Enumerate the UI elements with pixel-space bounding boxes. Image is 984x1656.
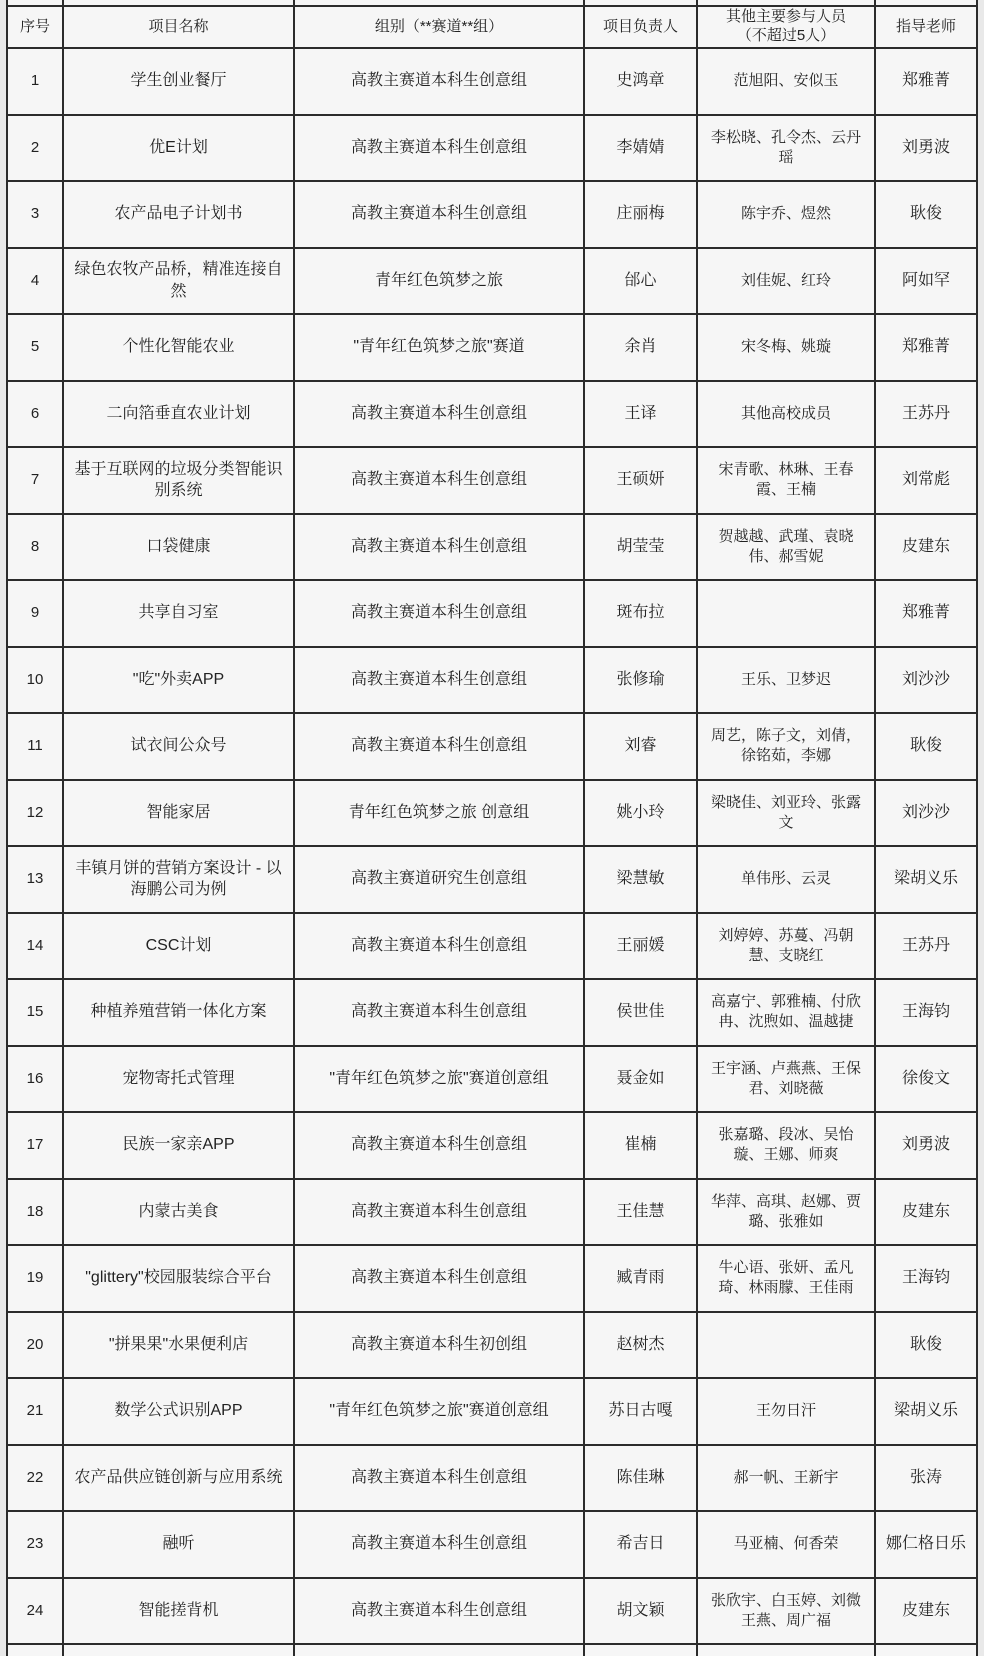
- cell-group: 高教主赛道本科生创意组: [295, 448, 585, 515]
- cell-group: "青年红色筑梦之旅"赛道: [295, 315, 585, 382]
- cell-teacher: 皮建东: [876, 1180, 978, 1247]
- cell-members: 张欣宇、白玉婷、刘微 王燕、周广福: [698, 1579, 876, 1646]
- cell-teacher: 梁胡义乐: [876, 847, 978, 914]
- cell-members: 单伟彤、云灵: [698, 847, 876, 914]
- cell-no: 10: [6, 648, 64, 715]
- table-row: 18 内蒙古美食 高教主赛道本科生创意组 王佳慧 华萍、高琪、赵娜、贾璐、张雅如…: [6, 1180, 978, 1247]
- table-row: 22 农产品供应链创新与应用系统 高教主赛道本科生创意组 陈佳琳 郝一帆、王新宇…: [6, 1446, 978, 1513]
- cell-teacher: 刘沙沙: [876, 648, 978, 715]
- cell-leader: 史鸿章: [585, 49, 698, 116]
- table-row: 2 优E计划 高教主赛道本科生创意组 李婧婧 李松晓、孔令杰、云丹瑶 刘勇波: [6, 116, 978, 183]
- cell-no: 3: [6, 182, 64, 249]
- cell-project-name: 丰镇月饼的营销方案设计 - 以海鹏公司为例: [64, 847, 295, 914]
- cell-members: 张嘉璐、段冰、吴怡璇、王娜、师爽: [698, 1113, 876, 1180]
- table-body: 1 学生创业餐厅 高教主赛道本科生创意组 史鸿章 范旭阳、安似玉 郑雅菁 2 优…: [6, 49, 978, 1645]
- table-row: 9 共享自习室 高教主赛道本科生创意组 斑布拉 郑雅菁: [6, 581, 978, 648]
- cell-teacher: 娜仁格日乐: [876, 1512, 978, 1579]
- cell-group: 高教主赛道本科生创意组: [295, 581, 585, 648]
- cell-teacher: 王苏丹: [876, 914, 978, 981]
- header-teacher: 指导老师: [876, 7, 978, 49]
- cell-leader: 王译: [585, 382, 698, 449]
- cell-leader: 庄丽梅: [585, 182, 698, 249]
- cell-members: 高嘉宁、郭雅楠、付欣冉、沈煦如、温越捷: [698, 980, 876, 1047]
- table-row: 16 宠物寄托式管理 "青年红色筑梦之旅"赛道创意组 聂金如 王宇涵、卢燕燕、王…: [6, 1047, 978, 1114]
- header-no: 序号: [6, 7, 64, 49]
- sliver-cell: [585, 0, 698, 5]
- cell-members: [698, 581, 876, 648]
- cell-group: 高教主赛道本科生创意组: [295, 1579, 585, 1646]
- cell-members: [698, 1313, 876, 1380]
- cell-no: 15: [6, 980, 64, 1047]
- cell-leader: 王丽媛: [585, 914, 698, 981]
- cell-members: 范旭阳、安似玉: [698, 49, 876, 116]
- cell-no: 8: [6, 515, 64, 582]
- cell-leader: 李婧婧: [585, 116, 698, 183]
- table-row: 7 基于互联网的垃圾分类智能识别系统 高教主赛道本科生创意组 王硕妍 宋青歌、林…: [6, 448, 978, 515]
- cell-group: 高教主赛道本科生初创组: [295, 1313, 585, 1380]
- cell-teacher: 郑雅菁: [876, 581, 978, 648]
- cell-group: 高教主赛道本科生创意组: [295, 49, 585, 116]
- table-row: 14 CSC计划 高教主赛道本科生创意组 王丽媛 刘婷婷、苏蔓、冯朝慧、支晓红 …: [6, 914, 978, 981]
- cell-project-name: 二向箔垂直农业计划: [64, 382, 295, 449]
- cell-leader: 聂金如: [585, 1047, 698, 1114]
- cell-teacher: 郑雅菁: [876, 49, 978, 116]
- cell-teacher: 梁胡义乐: [876, 1379, 978, 1446]
- cell-leader: 邰心: [585, 249, 698, 316]
- cell-members: 华萍、高琪、赵娜、贾璐、张雅如: [698, 1180, 876, 1247]
- sliver-cell: [64, 1645, 295, 1656]
- cell-group: 高教主赛道本科生创意组: [295, 914, 585, 981]
- sliver-cell: [876, 1645, 978, 1656]
- cell-leader: 王佳慧: [585, 1180, 698, 1247]
- cell-project-name: 农产品供应链创新与应用系统: [64, 1446, 295, 1513]
- table-row: 21 数学公式识别APP "青年红色筑梦之旅"赛道创意组 苏日古嘎 王勿日汗 梁…: [6, 1379, 978, 1446]
- cell-group: 青年红色筑梦之旅 创意组: [295, 781, 585, 848]
- cell-group: 高教主赛道研究生创意组: [295, 847, 585, 914]
- cell-no: 24: [6, 1579, 64, 1646]
- cell-members: 王乐、卫梦迟: [698, 648, 876, 715]
- cell-no: 9: [6, 581, 64, 648]
- cell-teacher: 郑雅菁: [876, 315, 978, 382]
- cell-no: 4: [6, 249, 64, 316]
- cell-no: 5: [6, 315, 64, 382]
- cell-project-name: "拼果果"水果便利店: [64, 1313, 295, 1380]
- projects-table: 序号 项目名称 组别（**赛道**组） 项目负责人 其他主要参与人员 （不超过5…: [6, 0, 978, 1656]
- cell-members: 王宇涵、卢燕燕、王保君、刘晓薇: [698, 1047, 876, 1114]
- cell-no: 14: [6, 914, 64, 981]
- cell-members: 贺越越、武瑾、袁晓伟、郝雪妮: [698, 515, 876, 582]
- cell-members: 李松晓、孔令杰、云丹瑶: [698, 116, 876, 183]
- sliver-cell: [876, 0, 978, 5]
- sliver-cell: [698, 1645, 876, 1656]
- cell-group: 高教主赛道本科生创意组: [295, 1446, 585, 1513]
- cell-no: 22: [6, 1446, 64, 1513]
- cell-project-name: 个性化智能农业: [64, 315, 295, 382]
- cell-project-name: 种植养殖营销一体化方案: [64, 980, 295, 1047]
- cell-project-name: 优E计划: [64, 116, 295, 183]
- sliver-cell: [585, 1645, 698, 1656]
- table-row: 8 口袋健康 高教主赛道本科生创意组 胡莹莹 贺越越、武瑾、袁晓伟、郝雪妮 皮建…: [6, 515, 978, 582]
- cell-group: 高教主赛道本科生创意组: [295, 1180, 585, 1247]
- cell-project-name: 口袋健康: [64, 515, 295, 582]
- cell-leader: 苏日古嘎: [585, 1379, 698, 1446]
- cell-project-name: "glittery"校园服装综合平台: [64, 1246, 295, 1313]
- cell-project-name: 内蒙古美食: [64, 1180, 295, 1247]
- cell-leader: 姚小玲: [585, 781, 698, 848]
- table-row: 20 "拼果果"水果便利店 高教主赛道本科生初创组 赵树杰 耿俊: [6, 1313, 978, 1380]
- cell-project-name: 试衣间公众号: [64, 714, 295, 781]
- cell-leader: 王硕妍: [585, 448, 698, 515]
- table-row: 23 融听 高教主赛道本科生创意组 希吉日 马亚楠、何香荣 娜仁格日乐: [6, 1512, 978, 1579]
- table-row: 1 学生创业餐厅 高教主赛道本科生创意组 史鸿章 范旭阳、安似玉 郑雅菁: [6, 49, 978, 116]
- cell-group: "青年红色筑梦之旅"赛道创意组: [295, 1047, 585, 1114]
- cropped-row-top: [6, 0, 978, 5]
- table-row: 12 智能家居 青年红色筑梦之旅 创意组 姚小玲 梁晓佳、刘亚玲、张露文 刘沙沙: [6, 781, 978, 848]
- cell-group: 高教主赛道本科生创意组: [295, 182, 585, 249]
- cell-teacher: 王苏丹: [876, 382, 978, 449]
- cell-project-name: CSC计划: [64, 914, 295, 981]
- cell-leader: 余肖: [585, 315, 698, 382]
- cell-members: 梁晓佳、刘亚玲、张露文: [698, 781, 876, 848]
- sliver-cell: [6, 1645, 64, 1656]
- cell-teacher: 徐俊文: [876, 1047, 978, 1114]
- cell-teacher: 刘勇波: [876, 1113, 978, 1180]
- cell-project-name: 融听: [64, 1512, 295, 1579]
- table-row: 5 个性化智能农业 "青年红色筑梦之旅"赛道 余肖 宋冬梅、姚璇 郑雅菁: [6, 315, 978, 382]
- cell-group: 高教主赛道本科生创意组: [295, 1113, 585, 1180]
- cell-teacher: 阿如罕: [876, 249, 978, 316]
- cell-project-name: 宠物寄托式管理: [64, 1047, 295, 1114]
- cell-leader: 刘睿: [585, 714, 698, 781]
- cell-no: 2: [6, 116, 64, 183]
- cell-project-name: 绿色农牧产品桥，精准连接自然: [64, 249, 295, 316]
- cell-no: 23: [6, 1512, 64, 1579]
- cell-project-name: 学生创业餐厅: [64, 49, 295, 116]
- cell-teacher: 耿俊: [876, 714, 978, 781]
- cell-teacher: 耿俊: [876, 1313, 978, 1380]
- cell-teacher: 王海钧: [876, 980, 978, 1047]
- cell-members: 牛心语、张妍、孟凡琦、林雨朦、王佳雨: [698, 1246, 876, 1313]
- cell-project-name: 智能家居: [64, 781, 295, 848]
- cell-group: 高教主赛道本科生创意组: [295, 1246, 585, 1313]
- cell-teacher: 王海钧: [876, 1246, 978, 1313]
- header-leader: 项目负责人: [585, 7, 698, 49]
- cell-leader: 赵树杰: [585, 1313, 698, 1380]
- cell-teacher: 刘沙沙: [876, 781, 978, 848]
- table-row: 11 试衣间公众号 高教主赛道本科生创意组 刘睿 周艺，陈子文，刘倩，徐铭茹，李…: [6, 714, 978, 781]
- cell-no: 7: [6, 448, 64, 515]
- page: 序号 项目名称 组别（**赛道**组） 项目负责人 其他主要参与人员 （不超过5…: [0, 0, 984, 1656]
- header-project-name: 项目名称: [64, 7, 295, 49]
- cell-leader: 侯世佳: [585, 980, 698, 1047]
- cell-no: 12: [6, 781, 64, 848]
- cell-group: 高教主赛道本科生创意组: [295, 980, 585, 1047]
- cell-leader: 胡文颖: [585, 1579, 698, 1646]
- cell-leader: 陈佳琳: [585, 1446, 698, 1513]
- cell-no: 20: [6, 1313, 64, 1380]
- cell-members: 陈宇乔、煜然: [698, 182, 876, 249]
- cell-group: 高教主赛道本科生创意组: [295, 116, 585, 183]
- cell-leader: 胡莹莹: [585, 515, 698, 582]
- header-row: 序号 项目名称 组别（**赛道**组） 项目负责人 其他主要参与人员 （不超过5…: [6, 5, 978, 49]
- cell-members: 郝一帆、王新宇: [698, 1446, 876, 1513]
- cell-leader: 崔楠: [585, 1113, 698, 1180]
- table-row: 3 农产品电子计划书 高教主赛道本科生创意组 庄丽梅 陈宇乔、煜然 耿俊: [6, 182, 978, 249]
- cell-no: 6: [6, 382, 64, 449]
- table-row: 19 "glittery"校园服装综合平台 高教主赛道本科生创意组 臧青雨 牛心…: [6, 1246, 978, 1313]
- cell-project-name: 共享自习室: [64, 581, 295, 648]
- cell-group: 高教主赛道本科生创意组: [295, 648, 585, 715]
- table-row: 10 "吃"外卖APP 高教主赛道本科生创意组 张修瑜 王乐、卫梦迟 刘沙沙: [6, 648, 978, 715]
- sliver-cell: [698, 0, 876, 5]
- cell-no: 19: [6, 1246, 64, 1313]
- table-row: 17 民族一家亲APP 高教主赛道本科生创意组 崔楠 张嘉璐、段冰、吴怡璇、王娜…: [6, 1113, 978, 1180]
- cell-project-name: 基于互联网的垃圾分类智能识别系统: [64, 448, 295, 515]
- cell-group: 高教主赛道本科生创意组: [295, 1512, 585, 1579]
- sliver-cell: [64, 0, 295, 5]
- sliver-cell: [295, 0, 585, 5]
- cell-project-name: 数学公式识别APP: [64, 1379, 295, 1446]
- cell-group: 青年红色筑梦之旅: [295, 249, 585, 316]
- sliver-cell: [6, 0, 64, 5]
- cell-project-name: 智能搓背机: [64, 1579, 295, 1646]
- table-row: 4 绿色农牧产品桥，精准连接自然 青年红色筑梦之旅 邰心 刘佳妮、红玲 阿如罕: [6, 249, 978, 316]
- cell-members: 王勿日汗: [698, 1379, 876, 1446]
- cell-leader: 臧青雨: [585, 1246, 698, 1313]
- cell-leader: 斑布拉: [585, 581, 698, 648]
- cell-no: 18: [6, 1180, 64, 1247]
- cell-members: 刘佳妮、红玲: [698, 249, 876, 316]
- table-row: 24 智能搓背机 高教主赛道本科生创意组 胡文颖 张欣宇、白玉婷、刘微 王燕、周…: [6, 1579, 978, 1646]
- cell-no: 11: [6, 714, 64, 781]
- table-row: 6 二向箔垂直农业计划 高教主赛道本科生创意组 王译 其他高校成员 王苏丹: [6, 382, 978, 449]
- cell-teacher: 刘勇波: [876, 116, 978, 183]
- cell-teacher: 刘常彪: [876, 448, 978, 515]
- cell-no: 16: [6, 1047, 64, 1114]
- cell-teacher: 皮建东: [876, 1579, 978, 1646]
- cell-teacher: 皮建东: [876, 515, 978, 582]
- sliver-cell: [295, 1645, 585, 1656]
- cell-project-name: "吃"外卖APP: [64, 648, 295, 715]
- table-row: 13 丰镇月饼的营销方案设计 - 以海鹏公司为例 高教主赛道研究生创意组 梁慧敏…: [6, 847, 978, 914]
- header-members: 其他主要参与人员 （不超过5人）: [698, 7, 876, 49]
- header-group: 组别（**赛道**组）: [295, 7, 585, 49]
- cell-project-name: 民族一家亲APP: [64, 1113, 295, 1180]
- cell-teacher: 张涛: [876, 1446, 978, 1513]
- cell-no: 21: [6, 1379, 64, 1446]
- cell-teacher: 耿俊: [876, 182, 978, 249]
- cell-leader: 张修瑜: [585, 648, 698, 715]
- cropped-row-bottom: [6, 1645, 978, 1656]
- cell-group: 高教主赛道本科生创意组: [295, 714, 585, 781]
- cell-no: 17: [6, 1113, 64, 1180]
- cell-project-name: 农产品电子计划书: [64, 182, 295, 249]
- cell-no: 13: [6, 847, 64, 914]
- cell-group: "青年红色筑梦之旅"赛道创意组: [295, 1379, 585, 1446]
- cell-group: 高教主赛道本科生创意组: [295, 382, 585, 449]
- cell-group: 高教主赛道本科生创意组: [295, 515, 585, 582]
- cell-members: 周艺，陈子文，刘倩，徐铭茹，李娜: [698, 714, 876, 781]
- cell-members: 马亚楠、何香荣: [698, 1512, 876, 1579]
- cell-leader: 希吉日: [585, 1512, 698, 1579]
- cell-no: 1: [6, 49, 64, 116]
- cell-members: 宋青歌、林琳、王春霞、王楠: [698, 448, 876, 515]
- cell-leader: 梁慧敏: [585, 847, 698, 914]
- cell-members: 刘婷婷、苏蔓、冯朝慧、支晓红: [698, 914, 876, 981]
- cell-members: 宋冬梅、姚璇: [698, 315, 876, 382]
- cell-members: 其他高校成员: [698, 382, 876, 449]
- table-row: 15 种植养殖营销一体化方案 高教主赛道本科生创意组 侯世佳 高嘉宁、郭雅楠、付…: [6, 980, 978, 1047]
